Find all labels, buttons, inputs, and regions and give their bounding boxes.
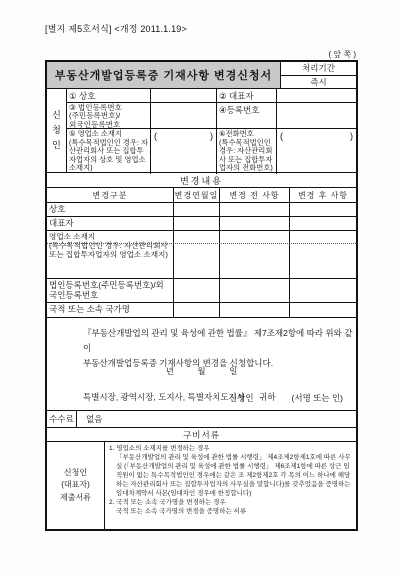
phone-paren-close: ) [350,131,353,141]
attachments-header: 구비서류 [47,427,356,441]
representative-label: ② 대표자 [216,89,276,102]
doc-reference: [별지 제5호서식] <개정 2011.1.19> [45,22,187,35]
change-date-cell [173,303,219,317]
company-name-value-cell [150,89,216,102]
after-cell [289,279,356,302]
attachment-item-1-title: 1. 영업소의 소재지를 변경하는 경우 [109,445,352,454]
addressee-line: 특별시장, 광역시장, 도지사, 특별자치도지사 귀하 [83,391,276,403]
corp-reg-number-label: ③ 법인등록번호 (주민등록번호)/ 외국인등록번호 [67,103,150,128]
declaration-section: 『부동산개발업의 관리 및 육성에 관한 법률』 제7조제2항에 따라 위와 같… [47,317,356,410]
registration-number-value-cell [276,103,356,128]
after-cell [289,203,356,216]
phone-paren-open: ( [280,131,283,141]
processing-period-value: 즉시 [281,76,356,89]
attachments-section: 신청인 (대표자) 제출서류 1. 영업소의 소재지를 변경하는 경우 「부동산… [47,441,356,529]
after-cell [289,231,356,278]
row-label-representative: 대표자 [47,217,173,230]
change-table-header: 변경구분 변경연월일 변경 전 사항 변경 후 사항 [47,187,356,202]
processing-period-label: 처리기간 [281,62,356,76]
change-date-cell [173,217,219,230]
processing-period-cell: 처리기간 즉시 [280,62,356,88]
row-label-corp-reg-number: 법인등록번호(주민등록번호)/외국인등록번호 [47,279,173,302]
page-side-note: ( 앞 쪽 ) [329,49,356,60]
submitter-label: 신청인 (대표자) 제출서류 [47,442,104,529]
attachment-item-2-body: 국적 또는 소속 국가명의 변경을 증명하는 서류 [109,508,352,517]
signature-or-seal-note: (서명 또는 인) [292,393,343,403]
change-row-office-address: 영업소 소재지 (특수목적법인인 경우: 자산관리회사 또는 집합투자업자의 영… [47,230,356,278]
change-date-cell [173,279,219,302]
office-address-label: ⑤ 영업소 소재지 (특수목적법인인 경우: 자산관리회사 또는 집합투자업자의… [67,129,150,174]
after-cell [289,303,356,317]
office-paren-close: ) [210,131,213,141]
registration-change-form: 부동산개발업등록증 기재사항 변경신청서 처리기간 즉시 신 청 인 ① 상호 … [45,60,358,531]
col-after-change: 변경 후 사항 [289,188,356,202]
title-row: 부동산개발업등록증 기재사항 변경신청서 처리기간 즉시 [47,62,356,88]
row-label-nationality: 국적 또는 소속 국가명 [47,303,173,317]
change-row-nationality: 국적 또는 소속 국가명 [47,302,356,317]
before-cell [219,303,289,317]
applicant-section: 신 청 인 ① 상호 ② 대표자 ③ 법인등록번호 (주민등록번호)/ 외국인등… [47,88,356,172]
attachments-list: 1. 영업소의 소재지를 변경하는 경우 「부동산개발업의 관리 및 육성에 관… [104,442,356,529]
before-cell [219,217,289,230]
corp-reg-number-value-cell [150,103,216,128]
fee-label: 수수료 [47,411,76,427]
office-paren-open: ( [154,131,157,141]
row-label-company-name: 상호 [47,203,173,216]
registration-number-label: ④등록번호 [216,103,276,128]
change-date-cell [173,203,219,216]
row-label-office-address: 영업소 소재지 (특수목적법인인 경우: 자산관리회사 또는 집합투자업자의 영… [47,231,173,278]
change-details-header: 변경내용 [47,172,356,187]
representative-value-cell [276,89,356,102]
change-row-company-name: 상호 [47,202,356,216]
declaration-statement: 『부동산개발업의 관리 및 육성에 관한 법률』 제7조제2항에 따라 위와 같… [83,326,356,371]
col-change-date: 변경연월일 [173,188,219,202]
form-title: 부동산개발업등록증 기재사항 변경신청서 [47,62,280,88]
change-date-cell [173,231,219,278]
company-name-label: ① 상호 [67,89,150,102]
applicant-section-label: 신 청 인 [47,89,66,172]
dotted-divider [47,243,356,244]
col-before-change: 변경 전 사항 [219,188,289,202]
before-cell [219,203,289,216]
before-cell [219,279,289,302]
attachment-item-2-title: 2. 국적 또는 소속 국가명을 변경하는 경우 [109,499,352,508]
attachment-item-1-body: 「부동산개발업의 관리 및 육성에 관한 법률 시행령」 제4조제2항제1호에 … [109,454,352,499]
after-cell [289,217,356,230]
form-page: [별지 제5호서식] <개정 2011.1.19> ( 앞 쪽 ) 부동산개발업… [0,0,400,574]
col-change-type: 변경구분 [47,188,173,202]
office-address-value-cell: ( ) [150,129,216,174]
phone-number-label: ⑥전화번호 (특수목적법인인 경우: 자산관리회사 또는 집합투자업자의 전화번… [216,129,276,174]
date-line: 년 월 일 [47,365,356,377]
applicant-grid: ① 상호 ② 대표자 ③ 법인등록번호 (주민등록번호)/ 외국인등록번호 ④등… [66,89,356,172]
change-row-corp-reg-number: 법인등록번호(주민등록번호)/외국인등록번호 [47,278,356,302]
change-row-representative: 대표자 [47,216,356,230]
before-cell [219,231,289,278]
phone-number-value-cell: ( ) [276,129,356,174]
